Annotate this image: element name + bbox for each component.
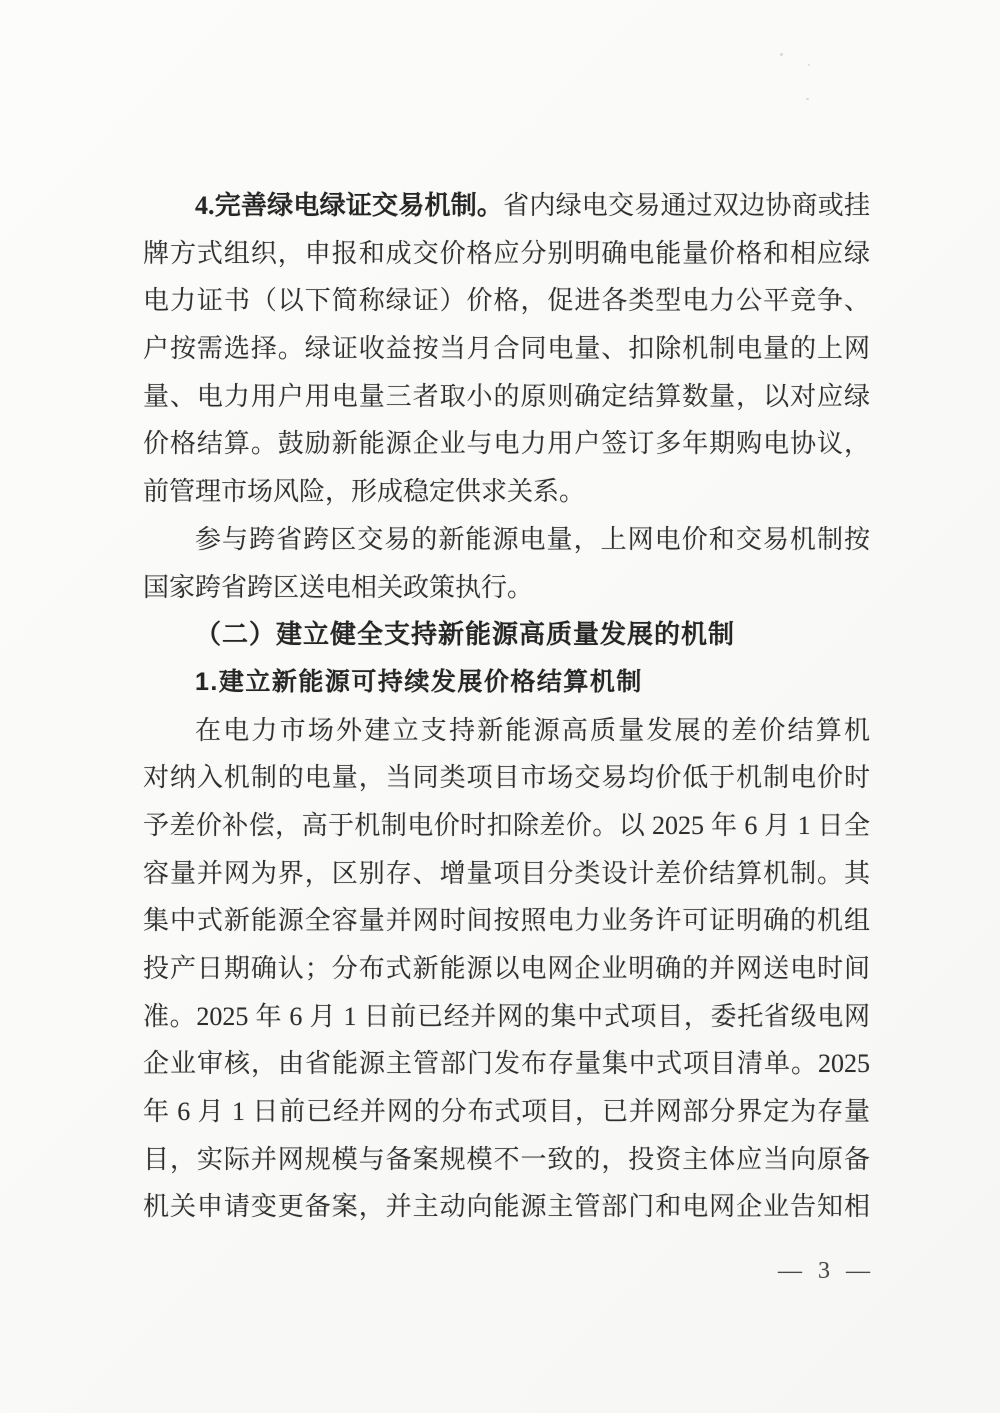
text-line: 企业审核，由省能源主管部门发布存量集中式项目清单。2025: [143, 1040, 870, 1088]
text-segment: 集中式新能源全容量并网时间按照电力业务许可证明确的机组: [143, 906, 870, 935]
text-line: 目，实际并网规模与备案规模不一致的，投资主体应当向原备案: [143, 1136, 870, 1184]
text-segment: 企业审核，由省能源主管部门发布存量集中式项目清单。2025: [143, 1049, 870, 1078]
text-segment: 1.建立新能源可持续发展价格结算机制: [195, 668, 643, 696]
text-line: （二）建立健全支持新能源高质量发展的机制: [143, 611, 870, 659]
scan-speck: [808, 64, 810, 66]
text-line: 准。2025 年 6 月 1 日前已经并网的集中式项目，委托省级电网: [143, 993, 870, 1041]
text-segment: 省内绿电交易通过双边协商或挂: [503, 191, 870, 220]
text-segment: 量、电力用户用电量三者取小的原则确定结算数量，以对应绿证: [143, 382, 870, 421]
text-line: 户按需选择。绿证收益按当月合同电量、扣除机制电量的上网电: [143, 325, 870, 373]
text-line: 对纳入机制的电量，当同类项目市场交易均价低于机制电价时给: [143, 754, 870, 802]
text-line: 1.建立新能源可持续发展价格结算机制: [143, 659, 870, 707]
text-segment: 户按需选择。绿证收益按当月合同电量、扣除机制电量的上网电: [143, 334, 870, 373]
document-body: 4.完善绿电绿证交易机制。省内绿电交易通过双边协商或挂牌方式组织，申报和成交价格…: [143, 182, 870, 1231]
text-segment: （二）建立健全支持新能源高质量发展的机制: [195, 620, 735, 649]
text-segment: 予差价补偿，高于机制电价时扣除差价。以 2025 年 6 月 1 日全: [143, 811, 870, 840]
text-line: 价格结算。鼓励新能源企业与电力用户签订多年期购电协议，提: [143, 420, 870, 468]
text-segment: 对纳入机制的电量，当同类项目市场交易均价低于机制电价时给: [143, 763, 870, 802]
text-segment: 容量并网为界，区别存、增量项目分类设计差价结算机制。其中，: [143, 859, 870, 898]
text-segment: 前管理市场风险，形成稳定供求关系。: [143, 477, 585, 506]
text-segment: 牌方式组织，申报和成交价格应分别明确电能量价格和相应绿色: [143, 239, 870, 278]
text-line: 4.完善绿电绿证交易机制。省内绿电交易通过双边协商或挂: [143, 182, 870, 230]
text-line: 年 6 月 1 日前已经并网的分布式项目，已并网部分界定为存量项: [143, 1088, 870, 1136]
text-line: 电力证书（以下简称绿证）价格，促进各类型电力公平竞争、用: [143, 277, 870, 325]
text-segment: 电力证书（以下简称绿证）价格，促进各类型电力公平竞争、用: [143, 286, 870, 325]
text-line: 牌方式组织，申报和成交价格应分别明确电能量价格和相应绿色: [143, 230, 870, 278]
text-segment: 投产日期确认；分布式新能源以电网企业明确的并网送电时间为: [143, 954, 870, 993]
text-line: 予差价补偿，高于机制电价时扣除差价。以 2025 年 6 月 1 日全: [143, 802, 870, 850]
text-line: 机关申请变更备案，并主动向能源主管部门和电网企业告知相关: [143, 1183, 870, 1231]
text-segment: 在电力市场外建立支持新能源高质量发展的差价结算机制，: [195, 716, 870, 755]
scan-speck: [780, 53, 783, 56]
text-segment: 年 6 月 1 日前已经并网的分布式项目，已并网部分界定为存量项: [143, 1097, 870, 1136]
text-line: 容量并网为界，区别存、增量项目分类设计差价结算机制。其中，: [143, 850, 870, 898]
text-segment: 价格结算。鼓励新能源企业与电力用户签订多年期购电协议，提: [143, 429, 870, 468]
page-number: — 3 —: [778, 1258, 870, 1285]
text-segment: 参与跨省跨区交易的新能源电量，上网电价和交易机制按照: [195, 525, 870, 564]
text-segment: 目，实际并网规模与备案规模不一致的，投资主体应当向原备案: [143, 1145, 870, 1184]
text-segment: 机关申请变更备案，并主动向能源主管部门和电网企业告知相关: [143, 1192, 870, 1231]
scanned-page: 4.完善绿电绿证交易机制。省内绿电交易通过双边协商或挂牌方式组织，申报和成交价格…: [0, 0, 1000, 1413]
text-line: 前管理市场风险，形成稳定供求关系。: [143, 468, 870, 516]
text-line: 国家跨省跨区送电相关政策执行。: [143, 564, 870, 612]
text-segment: 国家跨省跨区送电相关政策执行。: [143, 573, 533, 602]
scan-speck: [806, 98, 809, 100]
text-line: 量、电力用户用电量三者取小的原则确定结算数量，以对应绿证: [143, 373, 870, 421]
text-line: 在电力市场外建立支持新能源高质量发展的差价结算机制，: [143, 707, 870, 755]
text-segment: 准。2025 年 6 月 1 日前已经并网的集中式项目，委托省级电网: [143, 1002, 870, 1031]
text-line: 参与跨省跨区交易的新能源电量，上网电价和交易机制按照: [143, 516, 870, 564]
text-line: 集中式新能源全容量并网时间按照电力业务许可证明确的机组: [143, 897, 870, 945]
text-segment: 4.完善绿电绿证交易机制。: [195, 191, 503, 220]
text-line: 投产日期确认；分布式新能源以电网企业明确的并网送电时间为: [143, 945, 870, 993]
